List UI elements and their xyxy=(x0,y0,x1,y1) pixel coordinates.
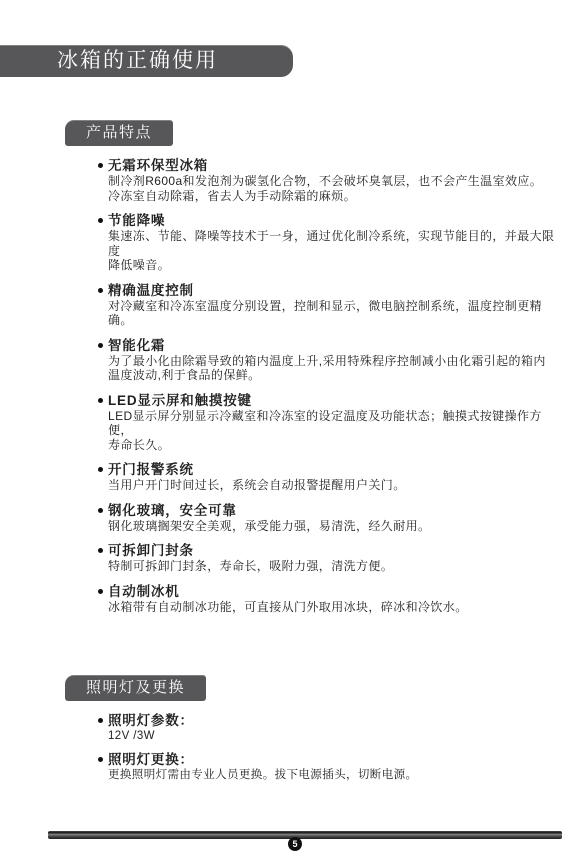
section-label-text: 照明灯及更换 xyxy=(86,679,185,696)
list-item: 智能化霜 为了最小化由除霜导致的箱内温度上升,采用特殊程序控制减小由化霜引起的箱… xyxy=(65,337,566,383)
item-body: 冰箱带有自动制冰功能，可直接从门外取用冰块，碎冰和冷饮水。 xyxy=(108,600,560,615)
bullet-icon xyxy=(98,343,103,348)
section-label-text: 产品特点 xyxy=(86,124,152,141)
page-number: 5 xyxy=(292,839,297,849)
item-heading: 精确温度控制 xyxy=(108,282,566,299)
section-label-product-features: 产品特点 xyxy=(65,120,173,146)
item-body: 钢化玻璃搁架安全美观，承受能力强，易清洗，经久耐用。 xyxy=(108,519,560,534)
bullet-icon xyxy=(98,548,103,553)
item-heading: 无霜环保型冰箱 xyxy=(108,157,566,174)
item-heading: 照明灯参数： xyxy=(108,712,566,729)
item-heading: LED显示屏和触摸按键 xyxy=(108,392,566,409)
footer-rule xyxy=(48,831,562,839)
feature-list: 无霜环保型冰箱 制冷剂R600a和发泡剂为碳氢化合物，不会破坏臭氧层，也不会产生… xyxy=(65,157,566,614)
list-item: 钢化玻璃，安全可靠 钢化玻璃搁架安全美观，承受能力强，易清洗，经久耐用。 xyxy=(65,502,566,534)
section-lighting-replacement: 照明灯及更换 照明灯参数： 12V /3W 照明灯更换： 更换照明灯需由专业人员… xyxy=(65,675,566,789)
list-item: 可拆卸门封条 特制可拆卸门封条，寿命长，吸附力强，清洗方便。 xyxy=(65,542,566,574)
item-heading: 照明灯更换： xyxy=(108,751,566,768)
bullet-icon xyxy=(98,398,103,403)
list-item: 照明灯更换： 更换照明灯需由专业人员更换。拔下电源插头，切断电源。 xyxy=(65,751,566,783)
item-body: 更换照明灯需由专业人员更换。拔下电源插头，切断电源。 xyxy=(108,768,560,783)
item-body: 制冷剂R600a和发泡剂为碳氢化合物，不会破坏臭氧层，也不会产生温室效应。 冷冻… xyxy=(108,174,560,203)
page-title-bar: 冰箱的正确使用 xyxy=(0,45,293,77)
item-body: LED显示屏分别显示冷藏室和冷冻室的设定温度及功能状态；触摸式按键操作方便， 寿… xyxy=(108,409,560,453)
item-heading: 节能降噪 xyxy=(108,212,566,229)
list-item: 精确温度控制 对冷藏室和冷冻室温度分别设置，控制和显示，微电脑控制系统，温度控制… xyxy=(65,282,566,328)
item-body: 为了最小化由除霜导致的箱内温度上升,采用特殊程序控制减小由化霜引起的箱内 温度波… xyxy=(108,354,560,383)
item-heading: 钢化玻璃，安全可靠 xyxy=(108,502,566,519)
list-item: LED显示屏和触摸按键 LED显示屏分别显示冷藏室和冷冻室的设定温度及功能状态；… xyxy=(65,392,566,453)
lighting-list: 照明灯参数： 12V /3W 照明灯更换： 更换照明灯需由专业人员更换。拔下电源… xyxy=(65,712,566,782)
item-body: 当用户开门时间过长，系统会自动报警提醒用户关门。 xyxy=(108,478,560,493)
section-label-lighting: 照明灯及更换 xyxy=(65,675,206,701)
item-heading: 可拆卸门封条 xyxy=(108,542,566,559)
bullet-icon xyxy=(98,589,103,594)
bullet-icon xyxy=(98,163,103,168)
item-heading: 智能化霜 xyxy=(108,337,566,354)
list-item: 自动制冰机 冰箱带有自动制冰功能，可直接从门外取用冰块，碎冰和冷饮水。 xyxy=(65,583,566,615)
list-item: 无霜环保型冰箱 制冷剂R600a和发泡剂为碳氢化合物，不会破坏臭氧层，也不会产生… xyxy=(65,157,566,203)
list-item: 照明灯参数： 12V /3W xyxy=(65,712,566,744)
item-body: 对冷藏室和冷冻室温度分别设置，控制和显示，微电脑控制系统，温度控制更精确。 xyxy=(108,299,560,328)
bullet-icon xyxy=(98,508,103,513)
item-heading: 自动制冰机 xyxy=(108,583,566,600)
page-title: 冰箱的正确使用 xyxy=(57,49,218,72)
item-body: 12V /3W xyxy=(108,729,560,744)
item-body: 集速冻、节能、降噪等技术于一身，通过优化制冷系统，实现节能目的，并最大限度 降低… xyxy=(108,229,560,273)
list-item: 节能降噪 集速冻、节能、降噪等技术于一身，通过优化制冷系统，实现节能目的，并最大… xyxy=(65,212,566,273)
bullet-icon xyxy=(98,757,103,762)
section-product-features: 产品特点 无霜环保型冰箱 制冷剂R600a和发泡剂为碳氢化合物，不会破坏臭氧层，… xyxy=(65,120,566,623)
list-item: 开门报警系统 当用户开门时间过长，系统会自动报警提醒用户关门。 xyxy=(65,461,566,493)
bullet-icon xyxy=(98,218,103,223)
item-heading: 开门报警系统 xyxy=(108,461,566,478)
bullet-icon xyxy=(98,288,103,293)
bullet-icon xyxy=(98,467,103,472)
item-body: 特制可拆卸门封条，寿命长，吸附力强，清洗方便。 xyxy=(108,559,560,574)
page-number-badge: 5 xyxy=(288,837,302,851)
bullet-icon xyxy=(98,718,103,723)
manual-page: 冰箱的正确使用 产品特点 无霜环保型冰箱 制冷剂R600a和发泡剂为碳氢化合物，… xyxy=(0,0,584,868)
